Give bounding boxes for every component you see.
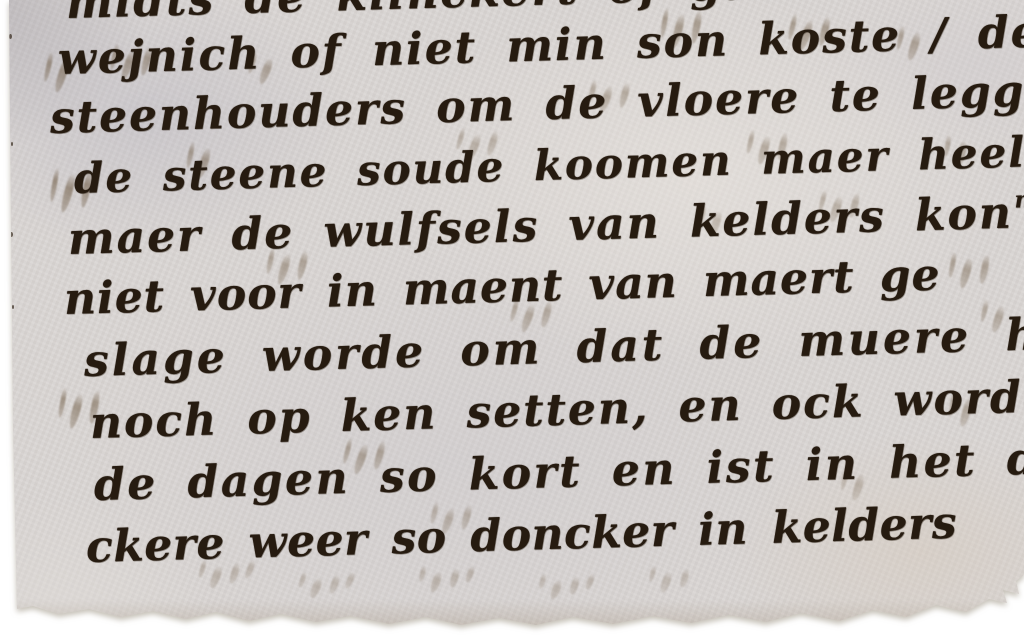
manuscript-line-7: slage worde om dat de muere haer	[83, 311, 1024, 384]
manuscript-line-8: noch op ken setten, en ock worden	[89, 374, 1024, 446]
line-text: ckere weer so doncker in kelders	[85, 498, 957, 573]
paper-sheet: midts de klinckert of gauw wejnich of ni…	[0, 0, 1024, 641]
superscript-ne: ne	[1014, 187, 1024, 214]
paper-shadow-wrap: midts de klinckert of gauw wejnich of ni…	[0, 0, 1024, 641]
torn-edge-shading	[0, 601, 1024, 633]
manuscript-line-9: de dagen so kort en ist in het don-	[93, 435, 1024, 508]
handwriting-layer: midts de klinckert of gauw wejnich of ni…	[0, 0, 1024, 641]
paper-edge-speck	[11, 470, 13, 474]
scanned-letter: midts de klinckert of gauw wejnich of ni…	[0, 0, 1024, 641]
manuscript-line-6: niet voor in maent van maert ge	[63, 254, 941, 322]
manuscript-line-10: ckere weer so doncker in kelders	[85, 502, 957, 570]
